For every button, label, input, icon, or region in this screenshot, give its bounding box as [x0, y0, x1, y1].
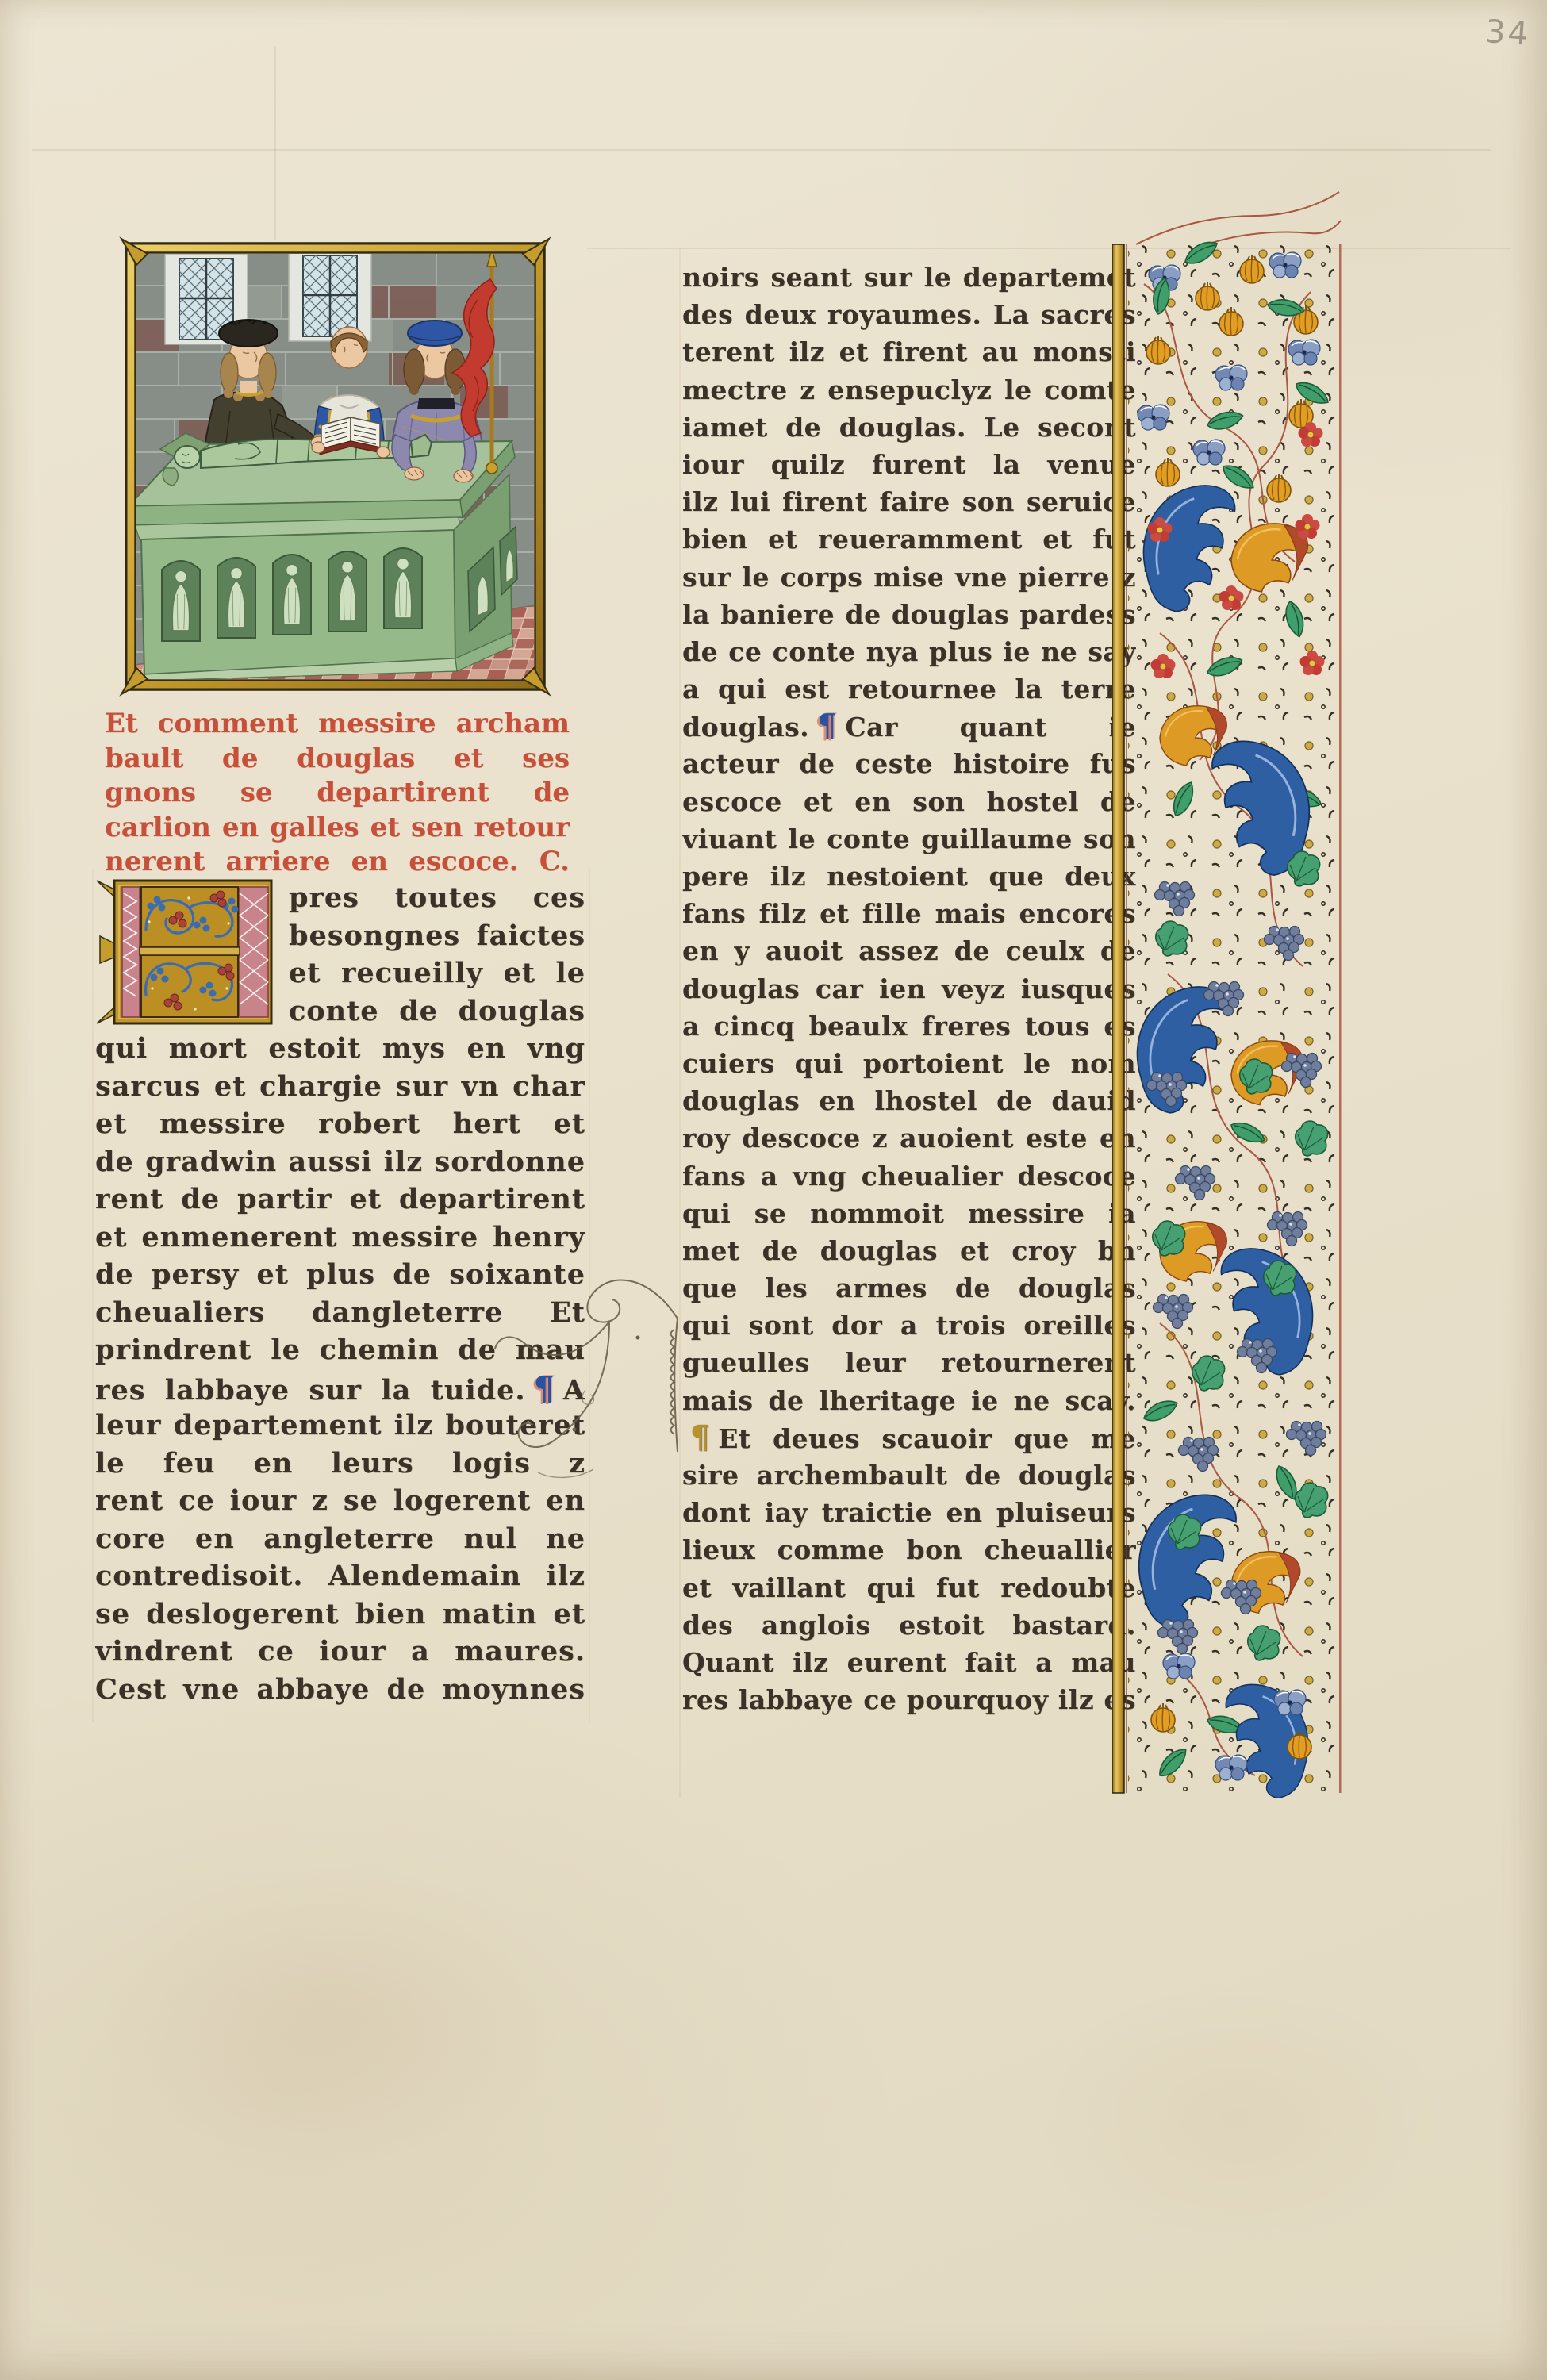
text-line: sire archembault de douglas [682, 1457, 1136, 1494]
text-line: la baniere de douglas pardess [682, 596, 1136, 633]
pilcrow-mark: ¶ [817, 708, 837, 744]
text-line: fans a vng cheualier descoce [682, 1157, 1136, 1195]
text-line: iamet de douglas. Le secont [682, 409, 1136, 446]
text-line: se deslogerent bien matin et [95, 1595, 585, 1633]
text-line: res labbaye ce pourquoy ilz es [682, 1681, 1136, 1718]
gold-bar [1112, 244, 1124, 1793]
text-line: rent de partir et departirent [95, 1180, 585, 1219]
text-line: dont iay traictie en pluiseurs [682, 1494, 1136, 1531]
floral-border: .stem{fill:none;stroke:#a85843;stroke-wi… [1112, 189, 1352, 1799]
text-line: pres toutes ces [95, 879, 585, 917]
text-line: ¶Et deues scauoir que me [682, 1419, 1136, 1457]
text-line: mais de lheritage ie ne scay. [682, 1382, 1136, 1419]
text-line: sur le corps mise vne pierre z [682, 559, 1136, 596]
ruling-top [587, 248, 1511, 249]
text-line: douglas en lhostel de dauid [682, 1082, 1136, 1119]
text-line: bien et reueramment et fut [682, 520, 1136, 558]
text-line: pere ilz nestoient que deux en [682, 858, 1136, 895]
parchment-crease-h [32, 149, 1491, 151]
text-line: mectre z ensepuclyz le comte [682, 371, 1136, 409]
text-line: viuant le conte guillaume son [682, 820, 1136, 858]
rubric-line: Et comment messire archam [105, 707, 570, 742]
parchment-stain [1031, 1983, 1444, 2253]
blue-bonnet [408, 321, 462, 346]
text-line: escoce et en son hostel de alyst [682, 783, 1136, 820]
text-line: de ce conte nya plus ie ne say [682, 633, 1136, 670]
manuscript-page: { "page": {"folio_number": "34"}, "palet… [0, 0, 1547, 2380]
text-line: conte de douglas [95, 992, 585, 1031]
text-line: noirs seant sur le departemet [682, 259, 1136, 296]
text-line: iour quilz furent la venue [682, 446, 1136, 483]
right-text-column: noirs seant sur le departemet des deux r… [682, 255, 1136, 1718]
tomb-miniature-art [119, 236, 551, 697]
parchment-crease-v [274, 46, 276, 240]
text-line: besongnes faictes [95, 917, 585, 955]
text-line: douglas.¶Car quant ie [682, 708, 1136, 745]
text-line: vindrent ce iour a maures. [95, 1633, 585, 1671]
chapter-rubric: Et comment messire archam bault de dougl… [105, 707, 570, 880]
text-line: que les armes de douglas [682, 1269, 1136, 1307]
text-line: a cincq beaulx freres tous es [682, 1008, 1136, 1045]
text-line: core en angleterre nul ne leur [95, 1520, 585, 1558]
pilcrow-mark: ¶ [690, 1419, 710, 1456]
text-line: a qui est retournee la terre de [682, 670, 1136, 708]
rubric-line: bault de douglas et ses compai [105, 742, 570, 777]
folio-number: 34 [1484, 13, 1547, 55]
parchment-stain [95, 1864, 571, 2166]
rubric-line: carlion en galles et sen retour [105, 811, 570, 846]
text-line: douglas car ien veyz iusques [682, 970, 1136, 1008]
text-line: acteur de ceste histoire fus en [682, 745, 1136, 782]
lattice-window-right [289, 251, 371, 341]
text-line: fans filz et fille mais encores [682, 895, 1136, 932]
text-line: met de douglas et croy bn [682, 1232, 1136, 1269]
text-line: sarcus et chargie sur vn char [95, 1068, 585, 1106]
text-line: en y auoit assez de ceulx de [682, 932, 1136, 969]
text-line: contredisoit. Alendemain ilz [95, 1557, 585, 1595]
text-line: et vaillant qui fut redoubte [682, 1569, 1136, 1606]
text-line: des anglois estoit bastard. [682, 1606, 1136, 1644]
text-line: lieux comme bon cheuallier [682, 1531, 1136, 1568]
text-line: qui se nommoit messire ia [682, 1195, 1136, 1232]
text-line: Quant ilz eurent fait a mau [682, 1644, 1136, 1681]
right-rule [1339, 244, 1342, 1793]
text-line: des deux royaumes. La sacres [682, 296, 1136, 333]
text-line: et recueilly et le [95, 954, 585, 992]
rubric-line: gnons se departirent de deuant [105, 776, 570, 811]
text-line: qui sont dor a trois oreilles de [682, 1307, 1136, 1344]
text-line: ilz lui firent faire son seruice [682, 483, 1136, 520]
text-line: qui mort estoit mys en vng [95, 1030, 585, 1068]
text-line: terent ilz et firent au monsti [682, 333, 1136, 370]
pen-flourish [490, 1242, 689, 1498]
text-line: gueulles leur retournerent [682, 1344, 1136, 1381]
text-line: de gradwin aussi ilz sordonne [95, 1143, 585, 1181]
text-line: et messire robert hert et symo [95, 1105, 585, 1143]
text-line: roy descoce z auoient este en [682, 1119, 1136, 1157]
text-line: cuiers qui portoient le nom de [682, 1045, 1136, 1082]
tomb-miniature [119, 236, 551, 697]
text-line: Cest vne abbaye de moynnes [95, 1671, 585, 1709]
ruling-col-right [679, 248, 681, 1798]
